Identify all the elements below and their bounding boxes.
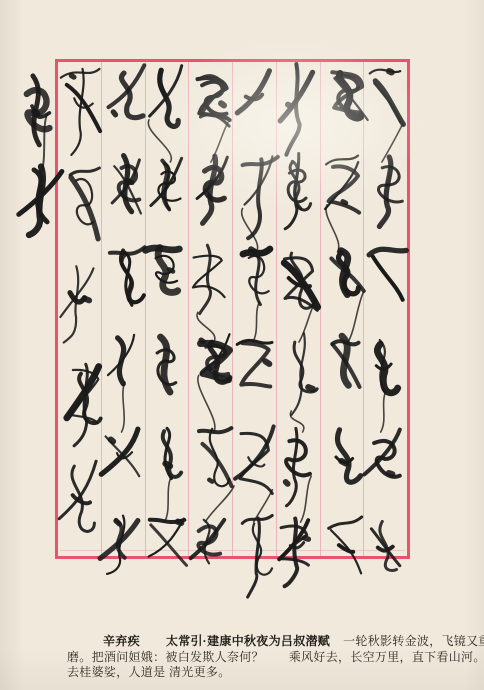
poem-text-line2b: 乘风好去，长空万里，直下看山河。斫: [289, 650, 484, 664]
calligraphy-column-5: [191, 76, 234, 564]
author-name: 辛弃疾: [103, 634, 140, 648]
calligraphy-strokes: [0, 0, 484, 690]
poem-text-line2a: 磨。把酒问姮娥：被白发欺人奈何？: [67, 650, 264, 664]
caption-line-3: 去桂婆娑，人道是 清光更多。: [67, 665, 481, 681]
caption-line-2: 磨。把酒问姮娥：被白发欺人奈何？乘风好去，长空万里，直下看山河。斫: [67, 650, 481, 666]
calligraphy-column-8: [59, 69, 100, 532]
calligraphy-column-7: [100, 65, 145, 574]
calligraphy-column-4: [235, 71, 278, 597]
poem-text-line3: 去桂婆娑，人道是 清光更多。: [67, 665, 231, 679]
calligraphy-column-outside: [19, 76, 62, 235]
calligraphy-column-2: [325, 72, 368, 573]
calligraphy-artwork: [0, 0, 484, 690]
calligraphy-column-6: [146, 66, 187, 566]
calligraphy-column-3: [279, 64, 318, 586]
caption-line-1: 辛弃疾太常引·建康中秋夜为吕叔潜赋一轮秋影转金波，飞镜又重: [67, 634, 481, 650]
caption: 辛弃疾太常引·建康中秋夜为吕叔潜赋一轮秋影转金波，飞镜又重 磨。把酒问姮娥：被白…: [67, 634, 481, 681]
poem-text-line1: 一轮秋影转金波，飞镜又重: [343, 634, 484, 648]
calligraphy-column-1: [364, 70, 406, 571]
poem-title: 太常引·建康中秋夜为吕叔潜赋: [166, 634, 330, 648]
